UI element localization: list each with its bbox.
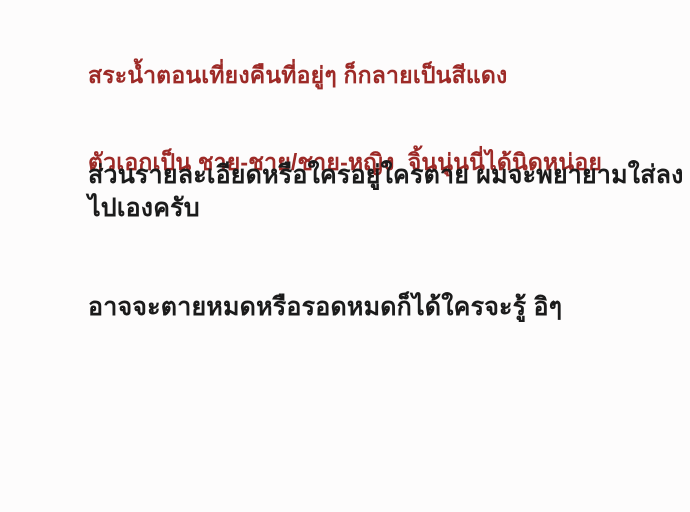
black-text-line-2: อาจจะตายหมดหรือรอดหมดก็ได้ใครจะรู้ อิๆ <box>88 291 690 324</box>
red-text-line-1: สระน้ำตอนเที่ยงคืนที่อยู่ๆ ก็กลายเป็นสีแ… <box>88 61 602 90</box>
text-image-canvas: สระน้ำตอนเที่ยงคืนที่อยู่ๆ ก็กลายเป็นสีแ… <box>0 0 690 512</box>
black-text-paragraph: ส่วนรายละเอียดหรือใครอยู่ใครตาย ผมจะพยาย… <box>88 93 690 390</box>
black-text-line-1: ส่วนรายละเอียดหรือใครอยู่ใครตาย ผมจะพยาย… <box>88 159 690 225</box>
